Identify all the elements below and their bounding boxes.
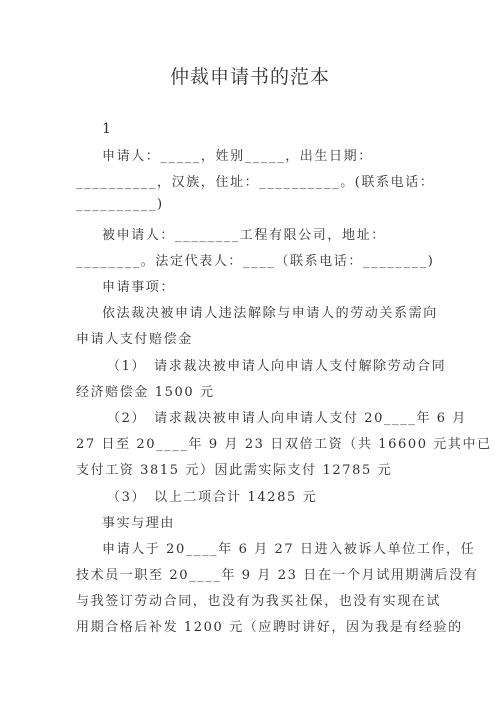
facts-paragraph-line: 技术员一职至 20____年 9 月 23 日在一个月试用期满后没有 <box>76 564 478 583</box>
claims-heading: 申请事项： <box>102 276 175 295</box>
respondent-rep-line: ________。法定代表人：____（联系电话：________) <box>76 250 434 269</box>
facts-paragraph-line: 申请人于 20____年 6 月 27 日进入被诉人单位工作，任 <box>102 538 475 557</box>
claim-item-3: （3） 以上二项合计 14285 元 <box>107 486 317 505</box>
facts-paragraph-line: 用期合格后补发 1200 元（应聘时讲好，因为我是有经验的 <box>76 616 463 635</box>
applicant-phone-line: __________) <box>76 197 164 212</box>
claim-item-1-cont: 经济赔偿金 1500 元 <box>76 381 215 400</box>
claim-item-2-cont: 支付工资 3815 元）因此需实际支付 12785 元 <box>76 459 392 478</box>
claims-paragraph-line: 依法裁决被申请人违法解除与申请人的劳动关系需向 <box>102 302 438 321</box>
claims-paragraph-line: 申请人支付赔偿金 <box>76 328 193 347</box>
claim-item-2-cont: 27 日至 20____年 9 月 23 日双倍工资（共 16600 元其中已 <box>76 433 492 452</box>
page-marker: 1 <box>102 121 111 137</box>
facts-paragraph-line: 与我签订劳动合同，也没有为我买社保，也没有实现在试 <box>76 590 441 609</box>
applicant-line: 申请人：_____，姓别_____，出生日期： <box>102 145 373 164</box>
facts-heading: 事实与理由 <box>102 512 175 531</box>
claim-item-1: （1） 请求裁决被申请人向申请人支付解除劳动合同 <box>107 355 446 374</box>
claim-item-2: （2） 请求裁决被申请人向申请人支付 20____年 6 月 <box>107 407 467 426</box>
respondent-line: 被申请人：________工程有限公司，地址： <box>102 224 386 243</box>
document-title: 仲裁申请书的范本 <box>0 62 500 89</box>
applicant-address-line: __________，汉族，住址：__________。(联系电话： <box>76 171 434 190</box>
document-page: 仲裁申请书的范本 1 申请人：_____，姓别_____，出生日期： _____… <box>0 0 500 708</box>
